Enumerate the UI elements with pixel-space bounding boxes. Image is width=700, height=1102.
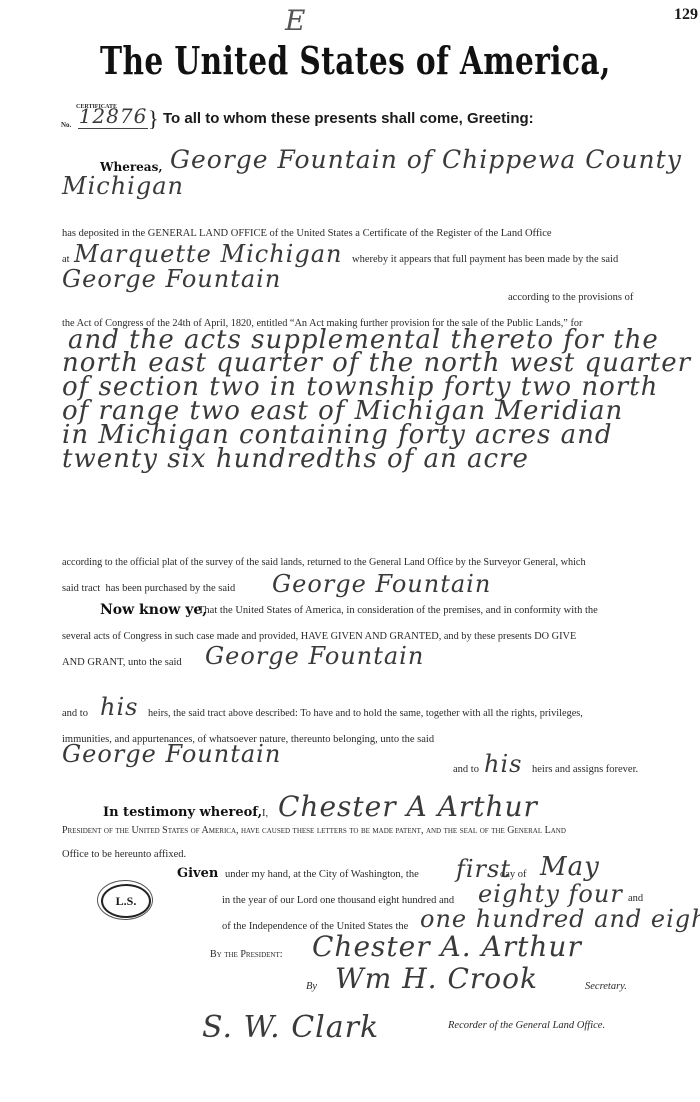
survey-line-1: according to the official plat of the su…: [62, 557, 586, 568]
testimony-line-2: Office to be hereunto affixed.: [62, 849, 186, 860]
heirs-closing-pronoun: his: [484, 750, 522, 778]
heirs-pronoun: his: [100, 693, 138, 721]
secretary-label: Secretary.: [585, 981, 627, 992]
document-title: The United States of America,: [100, 38, 611, 83]
recorder-label: Recorder of the General Land Office.: [448, 1020, 605, 1031]
independence-year: one hundred and eighth: [420, 905, 700, 933]
at-label: at: [62, 254, 70, 265]
brace-glyph: }: [148, 106, 159, 132]
handwritten-mark: E: [285, 4, 306, 37]
payer-name: George Fountain: [62, 265, 281, 293]
given-label: Given: [177, 866, 218, 881]
certificate-no-label: No.: [61, 121, 71, 129]
heirs-closing-prefix: and to: [453, 764, 479, 775]
president-signature-top: Chester A Arthur: [278, 790, 538, 823]
provisions-text: according to the provisions of: [508, 292, 633, 303]
given-month: May: [540, 852, 600, 882]
certificate-number: 12876: [78, 104, 148, 129]
land-office-name: Marquette Michigan: [74, 240, 342, 268]
deposit-line-1: has deposited in the GENERAL LAND OFFICE…: [62, 228, 552, 239]
grantee-line-1: George Fountain of Chippewa County: [170, 145, 682, 174]
by-label: By: [306, 981, 317, 992]
now-know-ye-line-1: That the United States of America, in co…: [198, 605, 598, 616]
heirs-closing: heirs and assigns forever.: [532, 764, 638, 775]
testimony-label: In testimony whereof,: [103, 805, 262, 820]
testimony-line-1: President of the United States of Americ…: [62, 825, 566, 836]
president-signature: Chester A. Arthur: [312, 930, 582, 963]
grantee-line-2: Michigan: [62, 172, 184, 200]
seal-ls: L.S.: [101, 884, 151, 918]
grantee-name: George Fountain: [205, 642, 424, 670]
deposit-line-2: whereby it appears that full payment has…: [352, 254, 618, 265]
heirs-line-1: heirs, the said tract above described: T…: [148, 708, 583, 719]
now-know-ye-line-3: AND GRANT, unto the said: [62, 657, 182, 668]
land-description-line: twenty six hundredths of an acre: [62, 444, 529, 474]
survey-line-2: said tract has been purchased by the sai…: [62, 583, 235, 594]
given-line-1: under my hand, at the City of Washington…: [225, 869, 419, 880]
given-day-of: day of: [500, 869, 527, 880]
greeting: To all to whom these presents shall come…: [163, 110, 534, 127]
now-know-ye-label: Now know ye,: [100, 602, 207, 618]
page-number: 129: [674, 6, 698, 24]
secretary-signature: Wm H. Crook: [335, 962, 538, 995]
purchaser-name: George Fountain: [272, 570, 491, 598]
recorder-signature: S. W. Clark: [202, 1010, 379, 1045]
heirs-grantee-name: George Fountain: [62, 740, 281, 768]
given-and: and: [628, 893, 643, 904]
testimony-i: I,: [262, 808, 268, 819]
now-know-ye-line-2: several acts of Congress in such case ma…: [62, 631, 576, 642]
given-year: eighty four: [478, 880, 623, 908]
by-president-label: By the President:: [210, 949, 283, 960]
heirs-prefix: and to: [62, 708, 88, 719]
